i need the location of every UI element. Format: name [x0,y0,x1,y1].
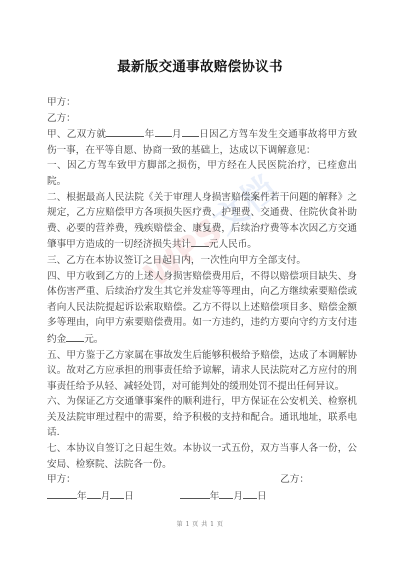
date-a-month-label: 月 [101,489,111,505]
signature-date-row: 年月日 年月日 [47,488,357,505]
clause-7: 七、本协议自签订之日起生效。本协议一式五份，双方当事人各一份，公安局、检察院、法… [47,441,357,472]
document-title: 最新版交通事故赔偿协议书 [0,55,400,75]
party-b-line: 乙方： [47,111,357,127]
blank-a-year [47,488,77,499]
blank-a-month [87,488,101,499]
blank-penalty [66,331,84,342]
blank-month [155,126,172,137]
party-a-line: 甲方： [47,95,357,111]
clause-5: 五、甲方鉴于乙方家属在事故发生后能够积极给予赔偿，达成了本调解协议。故对乙方应承… [47,348,357,395]
clause-4: 四、甲方收到乙方的上述人身损害赔偿费用后，不得以赔偿项目缺失、身体伤害严重、后续… [47,269,357,348]
intro-year: 年 [144,129,154,140]
document-body: 甲方： 乙方： 甲、乙双方就年月日因乙方驾车发生交通事故将甲方致伤一事，在平等自… [47,95,357,504]
date-party-a: 年月日 [47,488,134,505]
signature-party-b: 乙方： [280,472,309,488]
intro-part1: 甲、乙双方就 [47,129,106,140]
date-b-month-label: 月 [233,489,243,505]
date-b-year-label: 年 [210,489,220,505]
date-b-day-label: 日 [257,489,267,505]
clause-3: 三、乙方在本协议签订之日起日内，一次性向甲方全部支付。 [47,253,357,269]
clause-4-suffix: 元。 [84,334,103,345]
clause-1: 一、因乙方驾车致甲方脚部之损伤，甲方经在人民医院治疗，已痊愈出院。 [47,158,357,189]
blank-year [106,126,144,137]
clause-2: 二、根据最高人民法院《关于审理人身损害赔偿案件若干问题的解释》之规定，乙方应赔偿… [47,190,357,253]
date-party-b: 年月日 [180,488,267,505]
signature-row: 甲方： 乙方： [47,472,357,488]
blank-b-day [243,488,257,499]
blank-a-day [110,488,124,499]
date-a-year-label: 年 [77,489,87,505]
signature-party-a: 甲方： [47,472,76,488]
blank-b-year [180,488,210,499]
blank-day [182,126,199,137]
intro-month: 月 [172,129,182,140]
intro-paragraph: 甲、乙双方就年月日因乙方驾车发生交通事故将甲方致伤一事，在平等自愿、协商一致的基… [47,126,357,158]
clause-6: 六、为保证乙方交通肇事案件的顺利进行，甲方保证在公安机关、检察机关及法院审理过程… [47,394,357,441]
blank-amount [191,236,209,247]
date-a-day-label: 日 [124,489,134,505]
blank-b-month [219,488,233,499]
document-page: WPS文档 最新版交通事故赔偿协议书 甲方： 乙方： 甲、乙双方就年月日因乙方驾… [0,0,400,565]
clause-2-suffix: 元人民币。 [209,239,257,250]
page-footer: 第 1 页 共 1 页 [0,519,400,528]
